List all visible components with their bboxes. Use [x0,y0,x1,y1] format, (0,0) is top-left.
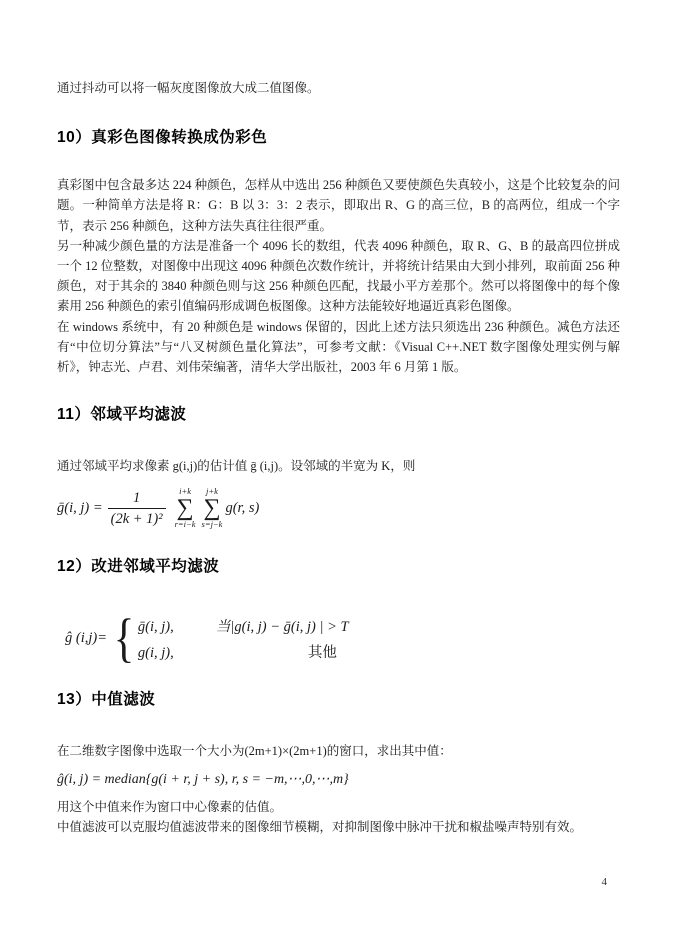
section-10-body: 真彩图中包含最多达 224 种颜色，怎样从中选出 256 种颜色又要使颜色失真较… [57,175,620,377]
case-value: g(i, j), [138,645,216,662]
section-13-intro: 在二维数字图像中选取一个大小为(2m+1)×(2m+1)的窗口，求出其中值： [57,741,620,761]
sigma-icon: ∑ [203,497,220,520]
paragraph: 在 windows 系统中，有 20 种颜色是 windows 保留的，因此上述… [57,317,620,378]
section-11-intro: 通过邻域平均求像素 g(i,j)的估计值 ḡ (i,j)。设邻域的半宽为 K，则 [57,456,620,476]
intro-paragraph: 通过抖动可以将一幅灰度图像放大成二值图像。 [57,78,620,98]
section-11-heading: 11）邻域平均滤波 [57,404,620,425]
case-condition: 当|g(i, j) − ḡ(i, j) | > T [216,615,349,636]
piecewise-cases: ḡ(i, j), 当|g(i, j) − ḡ(i, j) | > T g(i, … [138,615,349,662]
formula-neighborhood-average: ḡ(i, j) = 1 (2k + 1)² i+k ∑ r=i−k j+k ∑ … [57,487,620,529]
section-13-note-2: 中值滤波可以克服均值滤波带来的图像细节模糊，对抑制图像中脉冲干扰和椒盐噪声特别有… [57,817,620,837]
sum-over-r: i+k ∑ r=i−k [175,487,196,529]
sigma-icon: ∑ [177,497,194,520]
section-10-heading: 10）真彩色图像转换成伪彩色 [57,127,620,148]
case-row: ḡ(i, j), 当|g(i, j) − ḡ(i, j) | > T [138,615,349,636]
sum-lower-limit: r=i−k [175,520,196,530]
sum-lower-limit: s=j−k [202,520,223,530]
page-number: 4 [602,876,608,888]
section-13-heading: 13）中值滤波 [57,689,620,710]
formula-lhs: ĝ (i,j)= [65,630,107,647]
formula-improved-average: ĝ (i,j)= { ḡ(i, j), 当|g(i, j) − ḡ(i, j) … [57,614,620,663]
paragraph: 另一种减少颜色量的方法是准备一个 4096 长的数组，代表 4096 种颜色，取… [57,236,620,317]
fraction-denominator: (2k + 1)² [108,508,166,528]
case-value: ḡ(i, j), [138,619,216,636]
section-13-note-1: 用这个中值来作为窗口中心像素的估值。 [57,797,620,817]
document-page: 通过抖动可以将一幅灰度图像放大成二值图像。 10）真彩色图像转换成伪彩色 真彩图… [0,0,675,947]
formula-median: ĝ(i, j) = median{g(i + r, j + s), r, s =… [57,771,620,788]
formula-lhs: ḡ(i, j) = [57,500,103,517]
formula-rhs: g(r, s) [225,500,259,517]
case-row: g(i, j), 其他 [138,641,349,662]
section-12-heading: 12）改进邻域平均滤波 [57,556,620,577]
sum-over-s: j+k ∑ s=j−k [202,487,223,529]
fraction-numerator: 1 [131,489,142,507]
left-brace-icon: { [114,614,135,663]
fraction: 1 (2k + 1)² [108,489,166,527]
case-condition: 其他 [308,641,337,662]
paragraph: 真彩图中包含最多达 224 种颜色，怎样从中选出 256 种颜色又要使颜色失真较… [57,175,620,236]
